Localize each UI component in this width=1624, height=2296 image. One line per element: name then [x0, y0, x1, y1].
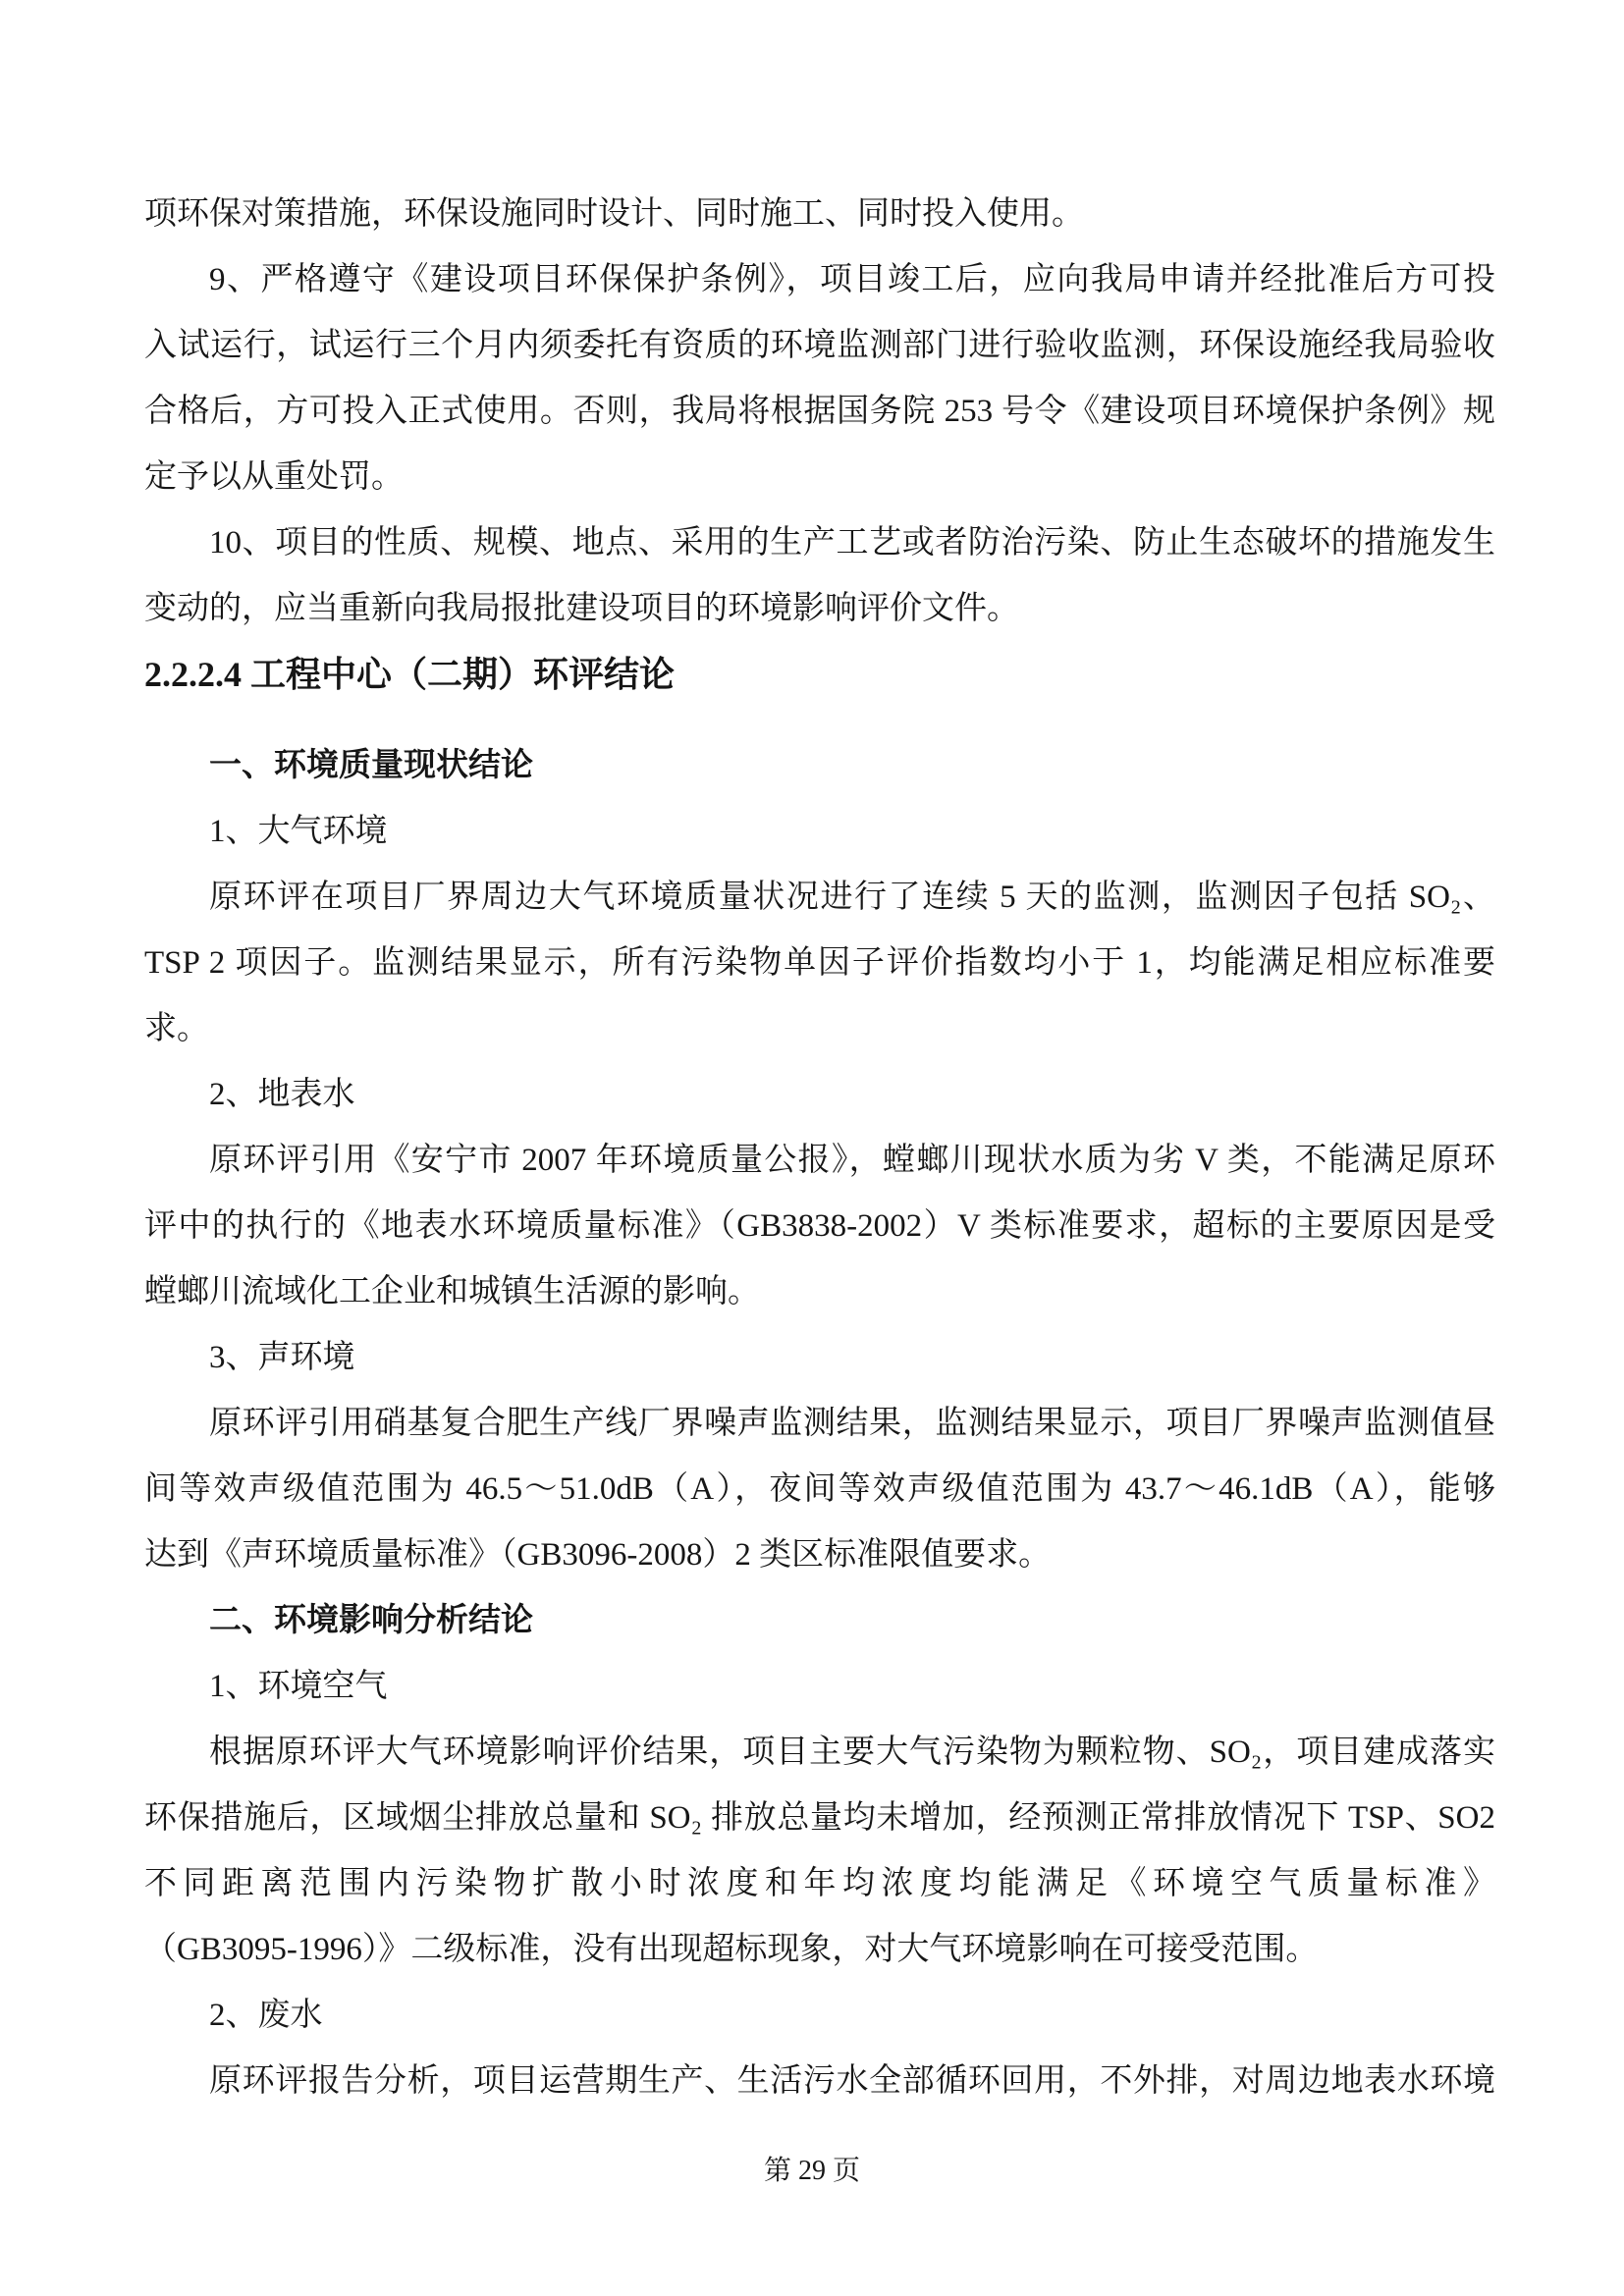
heading-2: 二、环境影响分析结论 — [144, 1588, 1495, 1654]
paragraph: 10、项目的性质、规模、地点、采用的生产工艺或者防治污染、防止生态破坏的措施发生… — [144, 510, 1495, 642]
page-number: 第 29 页 — [0, 2152, 1624, 2191]
paragraph-line: 原环评引用《安宁市 2007 年环境质量公报》，螳螂川现状水质为劣 V 类，不能… — [144, 1128, 1495, 1194]
list-item-line: 2、地表水 — [144, 1062, 1495, 1128]
paragraph: 原环评报告分析，项目运营期生产、生活污水全部循环回用，不外排，对周边地表水环境 — [144, 2049, 1495, 2114]
list-item: 2、废水 — [144, 1983, 1495, 2049]
list-item: 1、环境空气 — [144, 1654, 1495, 1720]
paragraph-line: 螳螂川流域化工企业和城镇生活源的影响。 — [144, 1259, 1495, 1325]
paragraph-continuation: 项环保对策措施，环保设施同时设计、同时施工、同时投入使用。 — [144, 182, 1495, 247]
paragraph-line: 环保措施后，区域烟尘排放总量和 SO₂ 排放总量均未增加，经预测正常排放情况下 … — [144, 1786, 1495, 1851]
paragraph: 原环评引用硝基复合肥生产线厂界噪声监测结果，监测结果显示，项目厂界噪声监测值昼间… — [144, 1391, 1495, 1588]
list-item-line: 3、声环境 — [144, 1325, 1495, 1391]
paragraph-line: 求。 — [144, 996, 1495, 1062]
paragraph-line: 合格后，方可投入正式使用。否则，我局将根据国务院 253 号令《建设项目环境保护… — [144, 379, 1495, 445]
paragraph-line: （GB3095-1996）》二级标准，没有出现超标现象，对大气环境影响在可接受范… — [144, 1917, 1495, 1983]
list-item-line: 2、废水 — [144, 1983, 1495, 2049]
paragraph-line: 10、项目的性质、规模、地点、采用的生产工艺或者防治污染、防止生态破坏的措施发生 — [144, 510, 1495, 576]
paragraph-line: 评中的执行的《地表水环境质量标准》（GB3838-2002）V 类标准要求，超标… — [144, 1194, 1495, 1259]
paragraph-line: 定予以从重处罚。 — [144, 445, 1495, 510]
list-item-line: 1、大气环境 — [144, 799, 1495, 865]
heading-2-line: 二、环境影响分析结论 — [144, 1588, 1495, 1654]
paragraph-line: 根据原环评大气环境影响评价结果，项目主要大气污染物为颗粒物、SO₂，项目建成落实 — [144, 1720, 1495, 1786]
list-item: 3、声环境 — [144, 1325, 1495, 1391]
paragraph-line: 达到《声环境质量标准》（GB3096-2008）2 类区标准限值要求。 — [144, 1522, 1495, 1588]
paragraph-continuation-line: 项环保对策措施，环保设施同时设计、同时施工、同时投入使用。 — [144, 182, 1495, 247]
paragraph-line: 原环评引用硝基复合肥生产线厂界噪声监测结果，监测结果显示，项目厂界噪声监测值昼 — [144, 1391, 1495, 1457]
paragraph-line: 9、严格遵守《建设项目环保保护条例》，项目竣工后，应向我局申请并经批准后方可投 — [144, 247, 1495, 313]
paragraph: 原环评在项目厂界周边大气环境质量状况进行了连续 5 天的监测，监测因子包括 SO… — [144, 865, 1495, 1062]
heading-2: 一、环境质量现状结论 — [144, 733, 1495, 799]
document-page: 项环保对策措施，环保设施同时设计、同时施工、同时投入使用。9、严格遵守《建设项目… — [0, 0, 1624, 2296]
paragraph-line: 入试运行，试运行三个月内须委托有资质的环境监测部门进行验收监测，环保设施经我局验… — [144, 313, 1495, 379]
paragraph-line: 不同距离范围内污染物扩散小时浓度和年均浓度均能满足《环境空气质量标准》 — [144, 1851, 1495, 1917]
paragraph-line: 变动的，应当重新向我局报批建设项目的环境影响评价文件。 — [144, 576, 1495, 642]
heading-1: 2.2.2.4 工程中心（二期）环评结论 — [144, 642, 1495, 708]
paragraph: 根据原环评大气环境影响评价结果，项目主要大气污染物为颗粒物、SO₂，项目建成落实… — [144, 1720, 1495, 1983]
list-item: 1、大气环境 — [144, 799, 1495, 865]
paragraph: 原环评引用《安宁市 2007 年环境质量公报》，螳螂川现状水质为劣 V 类，不能… — [144, 1128, 1495, 1325]
document-body: 项环保对策措施，环保设施同时设计、同时施工、同时投入使用。9、严格遵守《建设项目… — [144, 182, 1495, 2114]
heading-2-line: 一、环境质量现状结论 — [144, 733, 1495, 799]
paragraph: 9、严格遵守《建设项目环保保护条例》，项目竣工后，应向我局申请并经批准后方可投入… — [144, 247, 1495, 510]
paragraph-line: 原环评在项目厂界周边大气环境质量状况进行了连续 5 天的监测，监测因子包括 SO… — [144, 865, 1495, 931]
heading-1-line: 2.2.2.4 工程中心（二期）环评结论 — [144, 642, 1495, 708]
paragraph-line: 间等效声级值范围为 46.5～51.0dB（A），夜间等效声级值范围为 43.7… — [144, 1457, 1495, 1522]
paragraph-line: 原环评报告分析，项目运营期生产、生活污水全部循环回用，不外排，对周边地表水环境 — [144, 2049, 1495, 2114]
list-item: 2、地表水 — [144, 1062, 1495, 1128]
paragraph-line: TSP 2 项因子。监测结果显示，所有污染物单因子评价指数均小于 1，均能满足相… — [144, 931, 1495, 996]
list-item-line: 1、环境空气 — [144, 1654, 1495, 1720]
